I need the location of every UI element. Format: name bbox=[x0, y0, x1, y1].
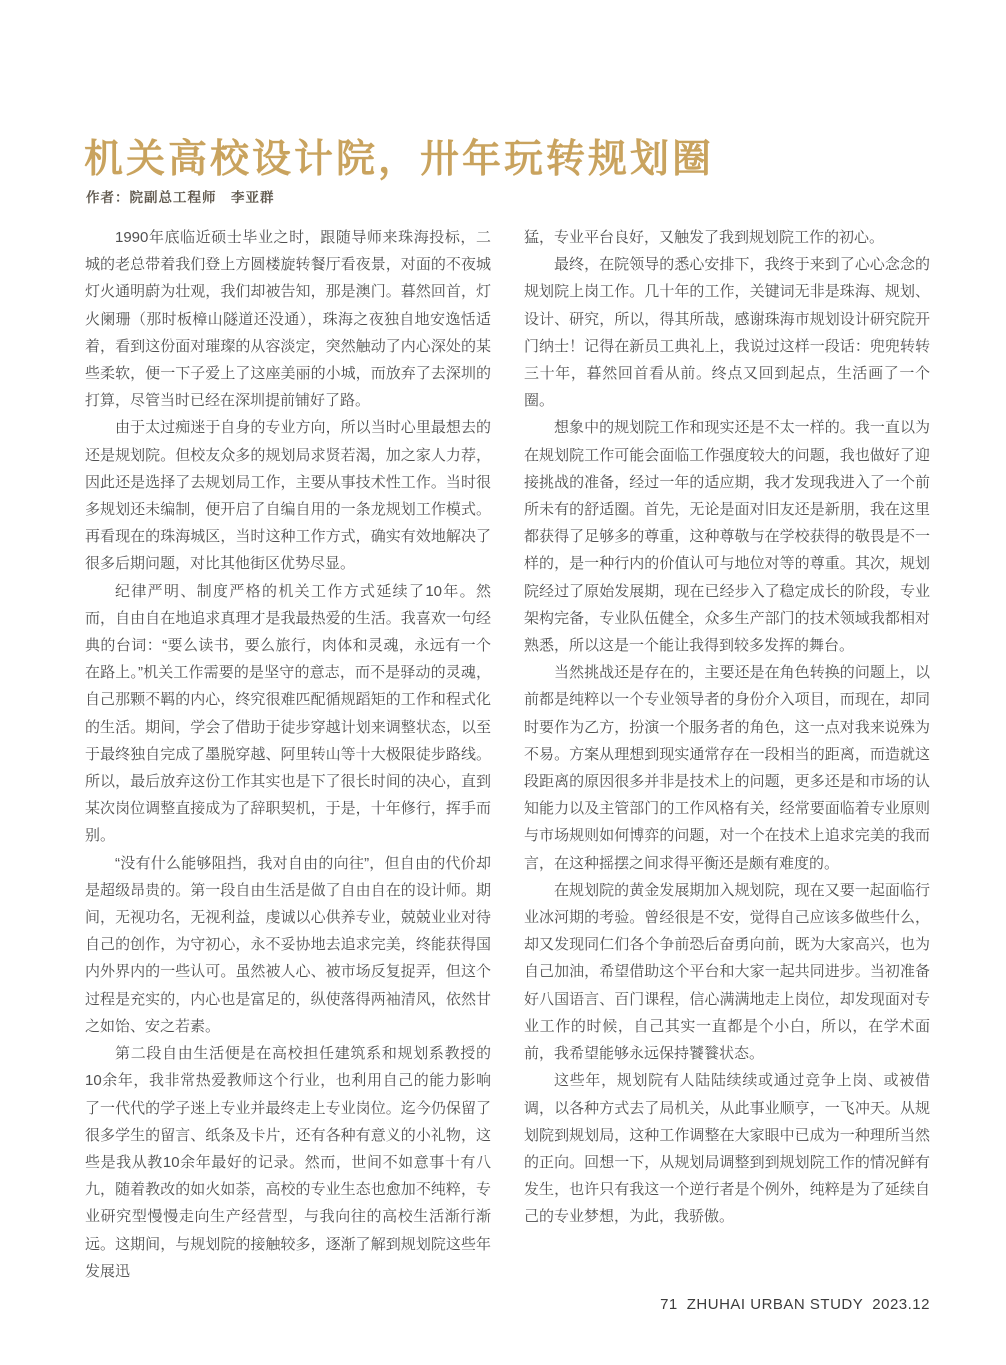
left-column: 1990年底临近硕士毕业之时，跟随导师来珠海投标，二城的老总带着我们登上方圆楼旋… bbox=[85, 224, 491, 1285]
article-paragraph: 这些年，规划院有人陆陆续续或通过竞争上岗、或被借调，以各种方式去了局机关，从此事… bbox=[524, 1067, 930, 1230]
author-byline: 作者：院副总工程师 李亚群 bbox=[86, 186, 275, 206]
page-footer: 71ZHUHAI URBAN STUDY2023.12 bbox=[660, 1296, 930, 1313]
article-paragraph: 当然挑战还是存在的，主要还是在角色转换的问题上，以前都是纯粹以一个专业领导者的身… bbox=[524, 659, 930, 877]
article-body: 1990年底临近硕士毕业之时，跟随导师来珠海投标，二城的老总带着我们登上方圆楼旋… bbox=[85, 224, 930, 1285]
article-paragraph: 在规划院的黄金发展期加入规划院，现在又要一起面临行业冰河期的考验。曾经很是不安，… bbox=[524, 877, 930, 1067]
article-paragraph: 想象中的规划院工作和现实还是不太一样的。我一直以为在规划院工作可能会面临工作强度… bbox=[524, 414, 930, 659]
right-column: 猛，专业平台良好，又触发了我到规划院工作的初心。 最终，在院领导的悉心安排下，我… bbox=[524, 224, 930, 1285]
article-paragraph: 1990年底临近硕士毕业之时，跟随导师来珠海投标，二城的老总带着我们登上方圆楼旋… bbox=[85, 224, 491, 414]
journal-issue: 2023.12 bbox=[872, 1296, 930, 1313]
article-paragraph: 由于太过痴迷于自身的专业方向，所以当时心里最想去的还是规划院。但校友众多的规划局… bbox=[85, 414, 491, 577]
magazine-page: 机关高校设计院，卅年玩转规划圈 作者：院副总工程师 李亚群 1990年底临近硕士… bbox=[0, 0, 1006, 1365]
article-paragraph: 最终，在院领导的悉心安排下，我终于来到了心心念念的规划院上岗工作。几十年的工作，… bbox=[524, 251, 930, 414]
article-paragraph-continuation: 猛，专业平台良好，又触发了我到规划院工作的初心。 bbox=[524, 224, 930, 251]
article-paragraph: 纪律严明、制度严格的机关工作方式延续了10年。然而，自由自在地追求真理才是我最热… bbox=[85, 578, 491, 850]
article-title: 机关高校设计院，卅年玩转规划圈 bbox=[84, 128, 714, 184]
page-number: 71 bbox=[660, 1296, 678, 1313]
article-paragraph: 第二段自由生活便是在高校担任建筑系和规划系教授的10余年，我非常热爱教师这个行业… bbox=[85, 1040, 491, 1285]
article-paragraph: “没有什么能够阻挡，我对自由的向往”，但自由的代价却是超级昂贵的。第一段自由生活… bbox=[85, 850, 491, 1040]
journal-name: ZHUHAI URBAN STUDY bbox=[687, 1296, 864, 1313]
